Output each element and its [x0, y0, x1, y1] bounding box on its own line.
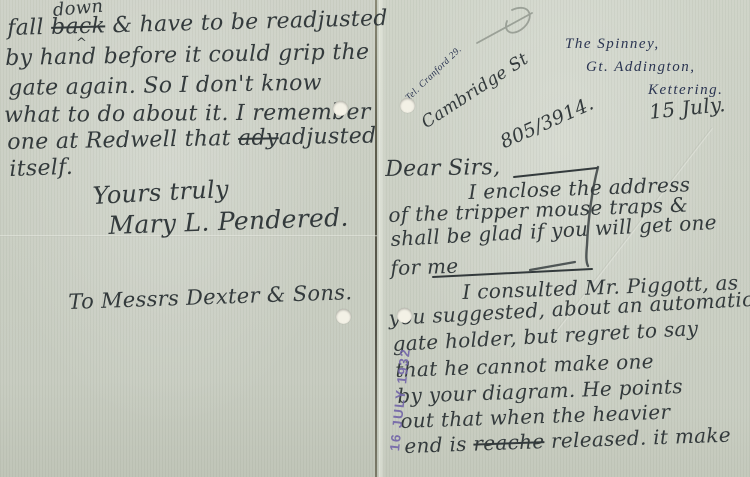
struck-word: ady: [238, 125, 279, 151]
line-text: end is: [404, 432, 474, 458]
page-right-edge-highlight: [379, 0, 385, 477]
hole-punch: [400, 98, 415, 113]
para1-line-4: for me: [390, 254, 459, 280]
hole-punch: [333, 101, 348, 116]
body-line-6: itself.: [9, 155, 74, 182]
salutation: Dear Sirs,: [385, 155, 501, 182]
letterhead-line-2: Gt. Addington,: [586, 59, 695, 76]
hole-punch: [397, 308, 412, 323]
page-gutter-line: [375, 0, 377, 477]
line-text: fall: [7, 15, 51, 41]
hole-punch: [336, 309, 351, 324]
letter-scan: down fall back & have to be readjusted ^…: [0, 0, 750, 477]
struck-word: reache: [473, 429, 545, 455]
letterhead-line-1: The Spinney,: [565, 36, 660, 53]
line-text: one at Redwell that: [7, 126, 238, 155]
line-text: adjusted: [278, 124, 376, 151]
